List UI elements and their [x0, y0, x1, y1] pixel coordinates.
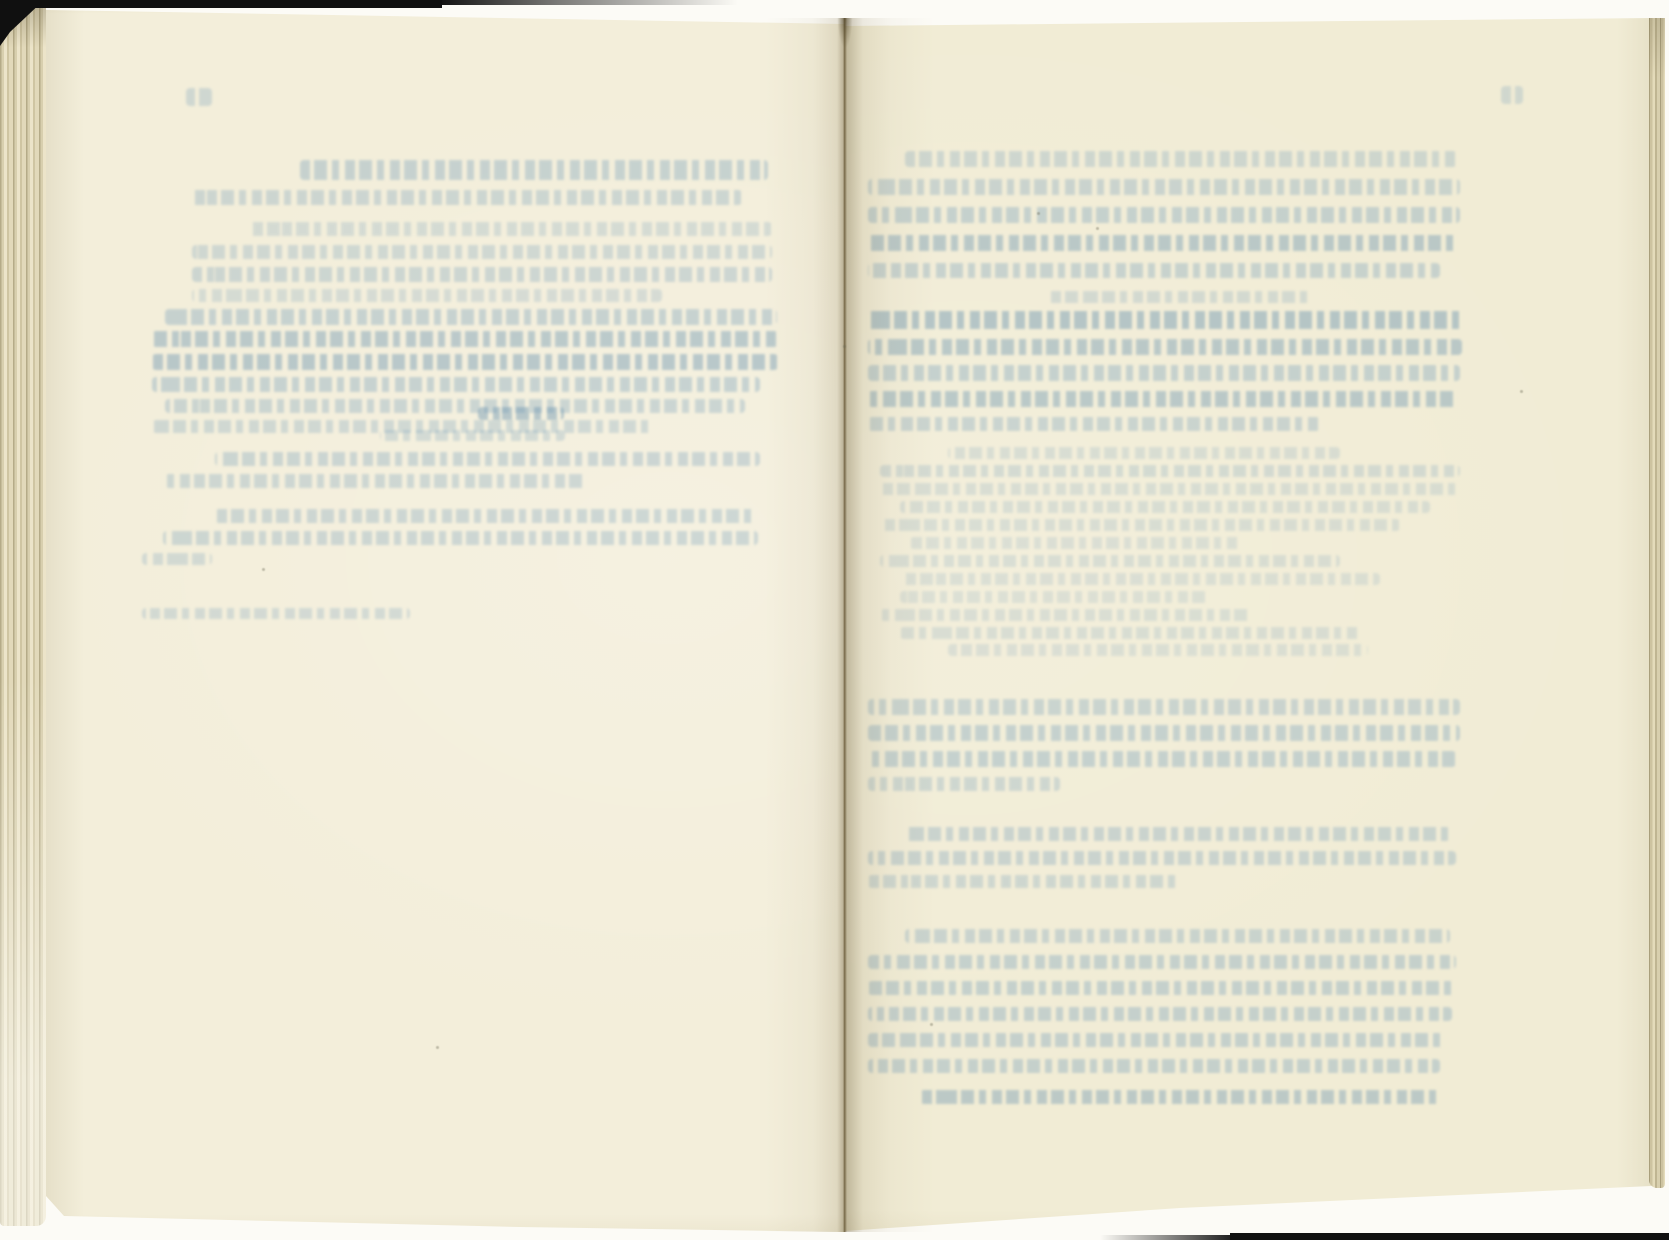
ghost-text-line: [868, 699, 1460, 715]
ghost-text-line: [900, 627, 1360, 639]
ghost-text-line: [868, 207, 1460, 223]
ghost-text-line: [868, 263, 1440, 278]
ghost-text-line: [910, 537, 1240, 549]
ghost-text-line: [868, 179, 1460, 195]
ghost-text-line: [868, 311, 1462, 329]
ghost-text-line: [900, 501, 1430, 513]
book-scan-canvas: [0, 0, 1669, 1240]
ghost-text-line: [163, 531, 758, 545]
ghost-text-line: [868, 235, 1456, 251]
ghost-text-line: [880, 555, 1340, 567]
ghost-text-line: [190, 190, 742, 205]
dust-speck: [262, 568, 265, 571]
ghost-text-line: [152, 377, 760, 392]
ghost-text-line: [248, 222, 772, 236]
ghost-text-line: [868, 725, 1460, 741]
dust-speck: [1520, 390, 1523, 393]
book-gutter-shadow: [765, 18, 935, 1232]
ghost-text-line: [905, 151, 1457, 167]
scan-border-bottom-fade: [1100, 1235, 1240, 1240]
ghost-text-line: [165, 309, 777, 325]
gutter-top-notch: [834, 18, 856, 70]
ghost-text-line: [900, 573, 1380, 585]
ghost-text-line: [868, 751, 1456, 767]
ghost-text-line: [868, 981, 1456, 995]
ghost-text-line: [142, 553, 212, 565]
dust-speck: [436, 1046, 439, 1049]
ghost-text-line: [152, 354, 778, 370]
dust-speck: [843, 345, 846, 348]
ghost-text-line: [868, 1007, 1452, 1021]
ghost-text-line: [215, 509, 755, 523]
ghost-text-line: [880, 609, 1250, 621]
ghost-text-line: [192, 245, 772, 259]
ghost-text-line: [905, 827, 1450, 841]
ghost-text-line: [868, 339, 1462, 355]
ghost-text-line: [152, 331, 778, 347]
ghost-page-number: [186, 88, 212, 106]
ghost-text-line: [868, 1033, 1446, 1047]
ghost-text-line: [905, 929, 1450, 943]
ghost-text-line: [868, 365, 1460, 381]
ghost-text-line: [192, 289, 662, 302]
ghost-text-line: [868, 1059, 1440, 1073]
ghost-text-line: [215, 452, 760, 466]
ghost-text-line: [165, 474, 585, 488]
ghost-page-number: [1501, 86, 1523, 104]
scan-border-top-fade: [438, 0, 738, 5]
scan-border-bottom: [1230, 1233, 1669, 1240]
ghost-text-line: [868, 955, 1456, 969]
ghost-text-line: [380, 430, 565, 441]
ghost-text-line: [868, 851, 1456, 865]
ghost-text-line: [142, 608, 410, 619]
ghost-text-line: [948, 644, 1368, 656]
scan-border-top: [0, 0, 442, 8]
ghost-text-line: [868, 417, 1320, 431]
ghost-text-line: [478, 407, 564, 420]
page-edge-stack-left: [0, 8, 46, 1226]
ghost-text-line: [920, 1090, 1440, 1104]
ghost-text-line: [948, 447, 1340, 459]
dust-speck: [930, 1023, 933, 1026]
ghost-text-line: [880, 483, 1458, 495]
dust-speck: [1037, 212, 1040, 215]
ghost-text-line: [880, 519, 1400, 531]
ghost-text-line: [880, 465, 1460, 477]
ghost-text-line: [1048, 291, 1310, 303]
dust-speck: [1096, 227, 1099, 230]
page-edge-stack-right: [1649, 18, 1665, 1188]
ghost-text-line: [900, 591, 1210, 603]
ghost-text-line: [165, 399, 745, 413]
ghost-text-line: [300, 160, 768, 180]
ghost-text-line: [868, 391, 1456, 407]
ghost-text-line: [192, 267, 772, 282]
